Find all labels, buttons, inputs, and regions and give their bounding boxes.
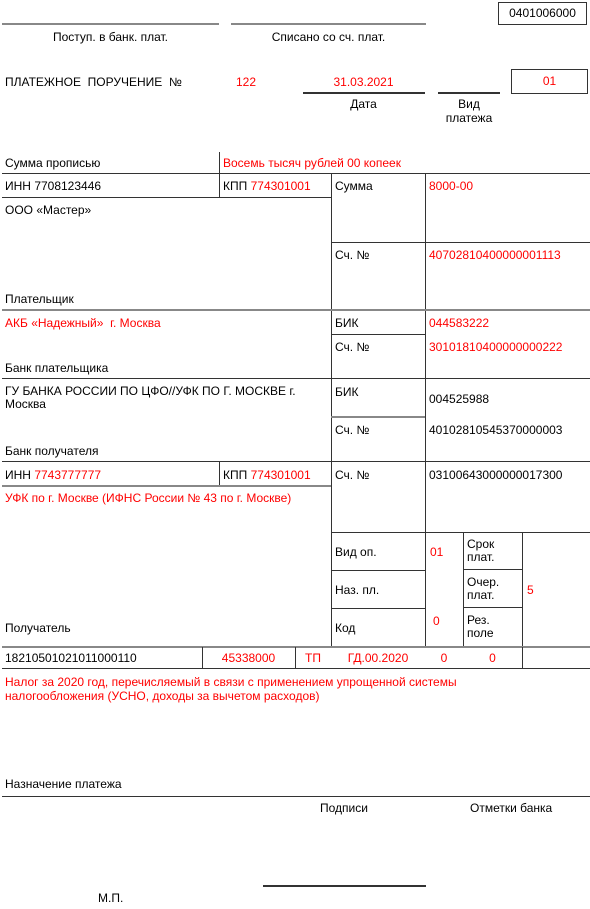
payment-type-line bbox=[438, 92, 500, 94]
code-label: Код bbox=[335, 621, 355, 635]
due-label: Срок плат. bbox=[467, 538, 494, 564]
payee-bank-label: Банк получателя bbox=[5, 444, 98, 458]
divider bbox=[331, 416, 425, 418]
divider bbox=[522, 532, 523, 647]
form-code: 0401006000 bbox=[509, 6, 576, 20]
document-date: 31.03.2021 bbox=[303, 75, 424, 89]
tax-basis: ТП bbox=[295, 651, 331, 665]
divider bbox=[331, 242, 590, 243]
payer-bank-bik: 044583222 bbox=[429, 316, 489, 330]
payment-type-label: Вид платежа bbox=[432, 97, 506, 125]
payer-account-label: Сч. № bbox=[335, 248, 369, 262]
document-title: ПЛАТЕЖНОЕ ПОРУЧЕНИЕ № bbox=[5, 75, 182, 89]
priority-label: Очер. плат. bbox=[467, 576, 499, 602]
payer-bank-label: Банк плательщика bbox=[5, 361, 108, 375]
payee-inn: ИНН 7743777777 bbox=[5, 468, 101, 482]
date-line bbox=[303, 92, 425, 94]
sum-label: Сумма bbox=[335, 179, 373, 193]
payee-bank-bik: 004525988 bbox=[429, 392, 489, 406]
tax-doc-number: 0 bbox=[425, 651, 463, 665]
divider bbox=[219, 461, 220, 485]
reserve-label: Рез. поле bbox=[467, 614, 494, 640]
divider bbox=[2, 378, 590, 379]
priority: 5 bbox=[527, 583, 534, 597]
document-number: 122 bbox=[236, 75, 256, 89]
received-label: Поступ. в банк. плат. bbox=[2, 30, 219, 44]
payer-bank-name: АКБ «Надежный» г. Москва bbox=[5, 316, 161, 330]
payee-bank-account: 40102810545370000003 bbox=[429, 423, 562, 437]
divider bbox=[463, 569, 522, 570]
divider bbox=[463, 607, 522, 608]
payer-kpp: КПП 774301001 bbox=[223, 179, 311, 193]
payee-bank-account-label: Сч. № bbox=[335, 423, 369, 437]
payment-purpose: Налог за 2020 год, перечисляемый в связи… bbox=[5, 675, 505, 703]
op-type-label: Вид оп. bbox=[335, 545, 377, 559]
code-value: 0 bbox=[433, 614, 440, 628]
divider bbox=[331, 608, 425, 609]
divider bbox=[2, 485, 331, 487]
divider bbox=[331, 532, 590, 533]
divider bbox=[2, 668, 590, 669]
payee-account-label: Сч. № bbox=[335, 468, 369, 482]
payee-name: УФК по г. Москве (ИФНС России № 43 по г.… bbox=[5, 491, 291, 505]
op-type: 01 bbox=[430, 545, 443, 559]
bank-marks-label: Отметки банка bbox=[470, 801, 552, 815]
payer-account: 40702810400000001113 bbox=[429, 248, 561, 262]
form-code-box: 0401006000 bbox=[498, 2, 587, 25]
payer-inn: ИНН 7708123446 bbox=[5, 179, 101, 193]
payer-bank-account-label: Сч. № bbox=[335, 340, 369, 354]
divider bbox=[425, 173, 426, 532]
sum-value: 8000-00 bbox=[429, 179, 473, 193]
divider bbox=[522, 647, 523, 668]
payer-label: Плательщик bbox=[5, 292, 74, 306]
divider bbox=[331, 173, 332, 647]
payer-bank-account: 30101810400000000222 bbox=[429, 340, 562, 354]
payer-status: 01 bbox=[543, 74, 556, 88]
divider bbox=[331, 334, 425, 335]
divider bbox=[2, 796, 590, 797]
oktmo: 45338000 bbox=[202, 651, 295, 665]
divider bbox=[425, 532, 426, 647]
divider bbox=[2, 309, 590, 311]
purpose-code-label: Наз. пл. bbox=[335, 583, 379, 597]
divider bbox=[2, 197, 331, 198]
debited-label: Списано со сч. плат. bbox=[231, 30, 426, 44]
stamp-label: М.П. bbox=[98, 891, 123, 905]
signature-line bbox=[263, 885, 426, 887]
date-label: Дата bbox=[303, 97, 424, 111]
divider bbox=[463, 532, 464, 647]
payee-account: 03100643000000017300 bbox=[429, 468, 562, 482]
payee-label: Получатель bbox=[5, 621, 71, 635]
kbk: 18210501021011000110 bbox=[5, 651, 137, 665]
received-line bbox=[2, 23, 219, 25]
tax-doc-date: 0 bbox=[463, 651, 522, 665]
tax-period: ГД.00.2020 bbox=[331, 651, 425, 665]
amount-words: Восемь тысяч рублей 00 копеек bbox=[223, 156, 401, 170]
payer-status-box: 01 bbox=[511, 69, 588, 94]
amount-words-label: Сумма прописью bbox=[5, 156, 100, 170]
debited-line bbox=[231, 23, 426, 25]
payee-bank-bik-label: БИК bbox=[335, 385, 359, 399]
payee-kpp: КПП 774301001 bbox=[223, 468, 311, 482]
divider bbox=[331, 570, 425, 571]
payer-name: ООО «Мастер» bbox=[5, 203, 91, 217]
payer-bank-bik-label: БИК bbox=[335, 316, 359, 330]
divider bbox=[2, 173, 590, 174]
purpose-label: Назначение платежа bbox=[5, 777, 122, 791]
divider bbox=[2, 646, 590, 648]
divider bbox=[219, 152, 220, 197]
payee-bank-name: ГУ БАНКА РОССИИ ПО ЦФО//УФК ПО Г. МОСКВЕ… bbox=[5, 385, 325, 411]
signatures-label: Подписи bbox=[320, 801, 368, 815]
divider bbox=[2, 461, 590, 462]
